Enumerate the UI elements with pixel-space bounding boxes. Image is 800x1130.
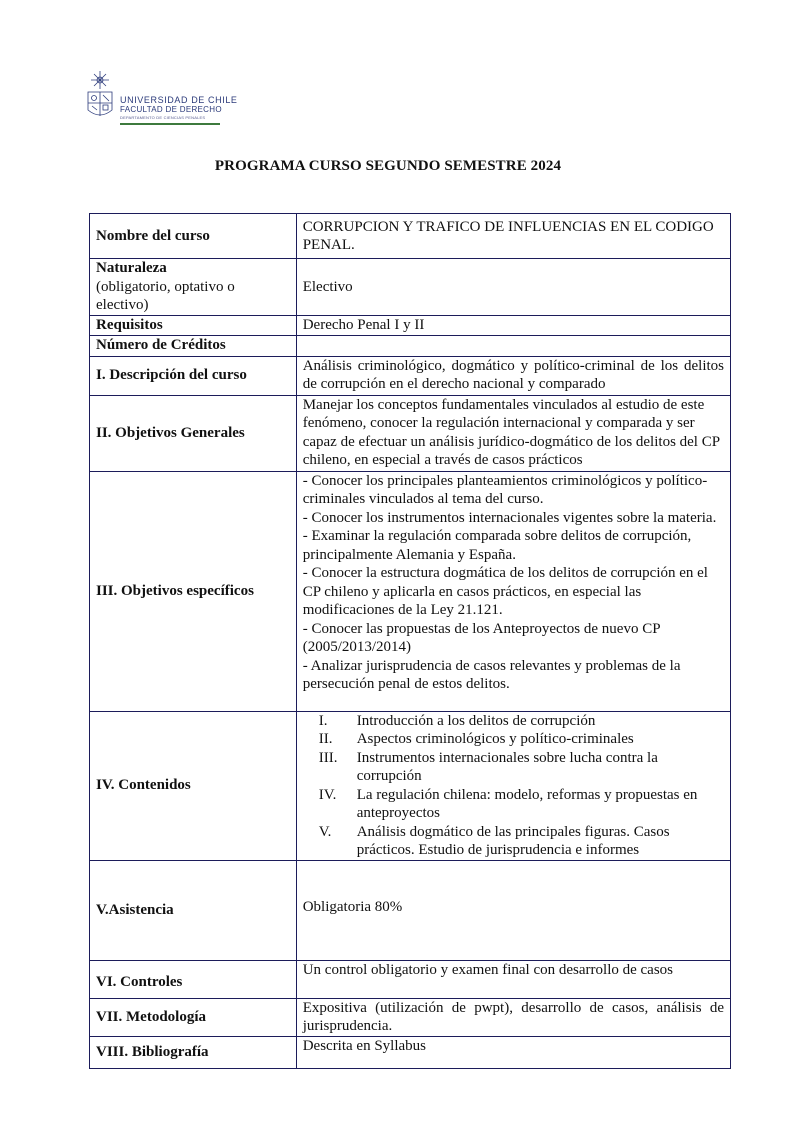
- label-descripcion: I. Descripción del curso: [90, 356, 297, 395]
- table-row-objetivos-especificos: III. Objetivos específicos - Conocer los…: [90, 471, 731, 711]
- value-controles: Un control obligatorio y examen final co…: [296, 960, 730, 998]
- list-item: II.Aspectos criminológicos y político-cr…: [319, 730, 724, 749]
- item-number: II.: [319, 730, 353, 749]
- table-row-controles: VI. Controles Un control obligatorio y e…: [90, 960, 731, 998]
- value-requisitos: Derecho Penal I y II: [296, 315, 730, 335]
- value-descripcion: Análisis criminológico, dogmático y polí…: [296, 356, 730, 395]
- value-objetivos-especificos: - Conocer los principales planteamientos…: [296, 471, 730, 711]
- table-row-nombre: Nombre del curso CORRUPCION Y TRAFICO DE…: [90, 214, 731, 259]
- table-row-descripcion: I. Descripción del curso Análisis crimin…: [90, 356, 731, 395]
- label-bibliografia: VIII. Bibliografía: [90, 1036, 297, 1068]
- list-item: - Analizar jurisprudencia de casos relev…: [303, 657, 724, 694]
- value-nombre: CORRUPCION Y TRAFICO DE INFLUENCIAS EN E…: [296, 214, 730, 259]
- label-naturaleza-title: Naturaleza: [96, 259, 290, 278]
- table-row-contenidos: IV. Contenidos I.Introducción a los deli…: [90, 711, 731, 860]
- item-number: V.: [319, 823, 353, 842]
- logo-line-university: UNIVERSIDAD DE CHILE: [120, 95, 238, 105]
- page-title: PROGRAMA CURSO SEGUNDO SEMESTRE 2024: [0, 158, 800, 175]
- list-item: - Conocer las propuestas de los Anteproy…: [303, 620, 724, 657]
- value-naturaleza: Electivo: [296, 259, 730, 316]
- label-controles-text: VI. Controles: [96, 973, 290, 992]
- label-objetivos-especificos: III. Objetivos específicos: [90, 471, 297, 711]
- item-text-continued: anteproyectos: [357, 804, 724, 823]
- logo-line-faculty: FACULTAD DE DERECHO: [120, 105, 238, 115]
- value-creditos: [296, 335, 730, 356]
- list-item: - Examinar la regulación comparada sobre…: [303, 527, 724, 564]
- list-item: I.Introducción a los delitos de corrupci…: [319, 712, 724, 731]
- value-contenidos: I.Introducción a los delitos de corrupci…: [296, 711, 730, 860]
- table-row-objetivos-generales: II. Objetivos Generales Manejar los conc…: [90, 395, 731, 471]
- label-objetivos-generales: II. Objetivos Generales: [90, 395, 297, 471]
- label-controles: VI. Controles: [90, 960, 297, 998]
- list-item: - Conocer los principales planteamientos…: [303, 472, 724, 509]
- table-row-creditos: Número de Créditos: [90, 335, 731, 356]
- list-item: - Conocer los instrumentos internacional…: [303, 509, 724, 528]
- logo-accent-bar: [120, 123, 220, 125]
- list-item: IV.La regulación chilena: modelo, reform…: [319, 786, 724, 823]
- label-naturaleza: Naturaleza (obligatorio, optativo o elec…: [90, 259, 297, 316]
- page-title-text: PROGRAMA CURSO SEGUNDO SEMESTRE 2024: [215, 158, 561, 174]
- label-nombre: Nombre del curso: [90, 214, 297, 259]
- item-number: I.: [319, 712, 353, 731]
- item-text-continued: prácticos. Estudio de jurisprudencia e i…: [357, 841, 724, 860]
- table-row-requisitos: Requisitos Derecho Penal I y II: [90, 315, 731, 335]
- objetivos-especificos-list: - Conocer los principales planteamientos…: [303, 472, 724, 694]
- list-item: - Conocer la estructura dogmática de los…: [303, 564, 724, 620]
- contenidos-list: I.Introducción a los delitos de corrupci…: [303, 712, 724, 860]
- course-program-table: Nombre del curso CORRUPCION Y TRAFICO DE…: [89, 213, 731, 1069]
- value-metodologia: Expositiva (utilización de pwpt), desarr…: [296, 998, 730, 1036]
- item-text: Análisis dogmático de las principales fi…: [357, 824, 670, 840]
- item-text: Introducción a los delitos de corrupción: [357, 713, 596, 729]
- table-row-naturaleza: Naturaleza (obligatorio, optativo o elec…: [90, 259, 731, 316]
- label-creditos: Número de Créditos: [90, 335, 297, 356]
- value-asistencia-text: Obligatoria 80%: [303, 898, 724, 917]
- item-text: Aspectos criminológicos y político-crimi…: [357, 731, 634, 747]
- value-bibliografia: Descrita en Syllabus: [296, 1036, 730, 1068]
- list-item: V.Análisis dogmático de las principales …: [319, 823, 724, 860]
- item-number: IV.: [319, 786, 353, 805]
- item-number: III.: [319, 749, 353, 768]
- label-requisitos: Requisitos: [90, 315, 297, 335]
- label-naturaleza-sub: (obligatorio, optativo o electivo): [96, 278, 290, 315]
- logo-line-department: DEPARTAMENTO DE CIENCIAS PENALES: [120, 115, 238, 121]
- value-objetivos-generales: Manejar los conceptos fundamentales vinc…: [296, 395, 730, 471]
- table-row-bibliografia: VIII. Bibliografía Descrita en Syllabus: [90, 1036, 731, 1068]
- university-crest-icon: [84, 70, 116, 122]
- item-text: La regulación chilena: modelo, reformas …: [357, 787, 698, 803]
- item-text-continued: corrupción: [357, 767, 724, 786]
- value-asistencia: Obligatoria 80%: [296, 860, 730, 960]
- table-row-metodologia: VII. Metodología Expositiva (utilización…: [90, 998, 731, 1036]
- table-row-asistencia: V.Asistencia Obligatoria 80%: [90, 860, 731, 960]
- university-logo: UNIVERSIDAD DE CHILE FACULTAD DE DERECHO…: [84, 70, 234, 130]
- label-metodologia: VII. Metodología: [90, 998, 297, 1036]
- item-text: Instrumentos internacionales sobre lucha…: [357, 750, 658, 766]
- label-contenidos: IV. Contenidos: [90, 711, 297, 860]
- label-asistencia: V.Asistencia: [90, 860, 297, 960]
- list-item: III.Instrumentos internacionales sobre l…: [319, 749, 724, 786]
